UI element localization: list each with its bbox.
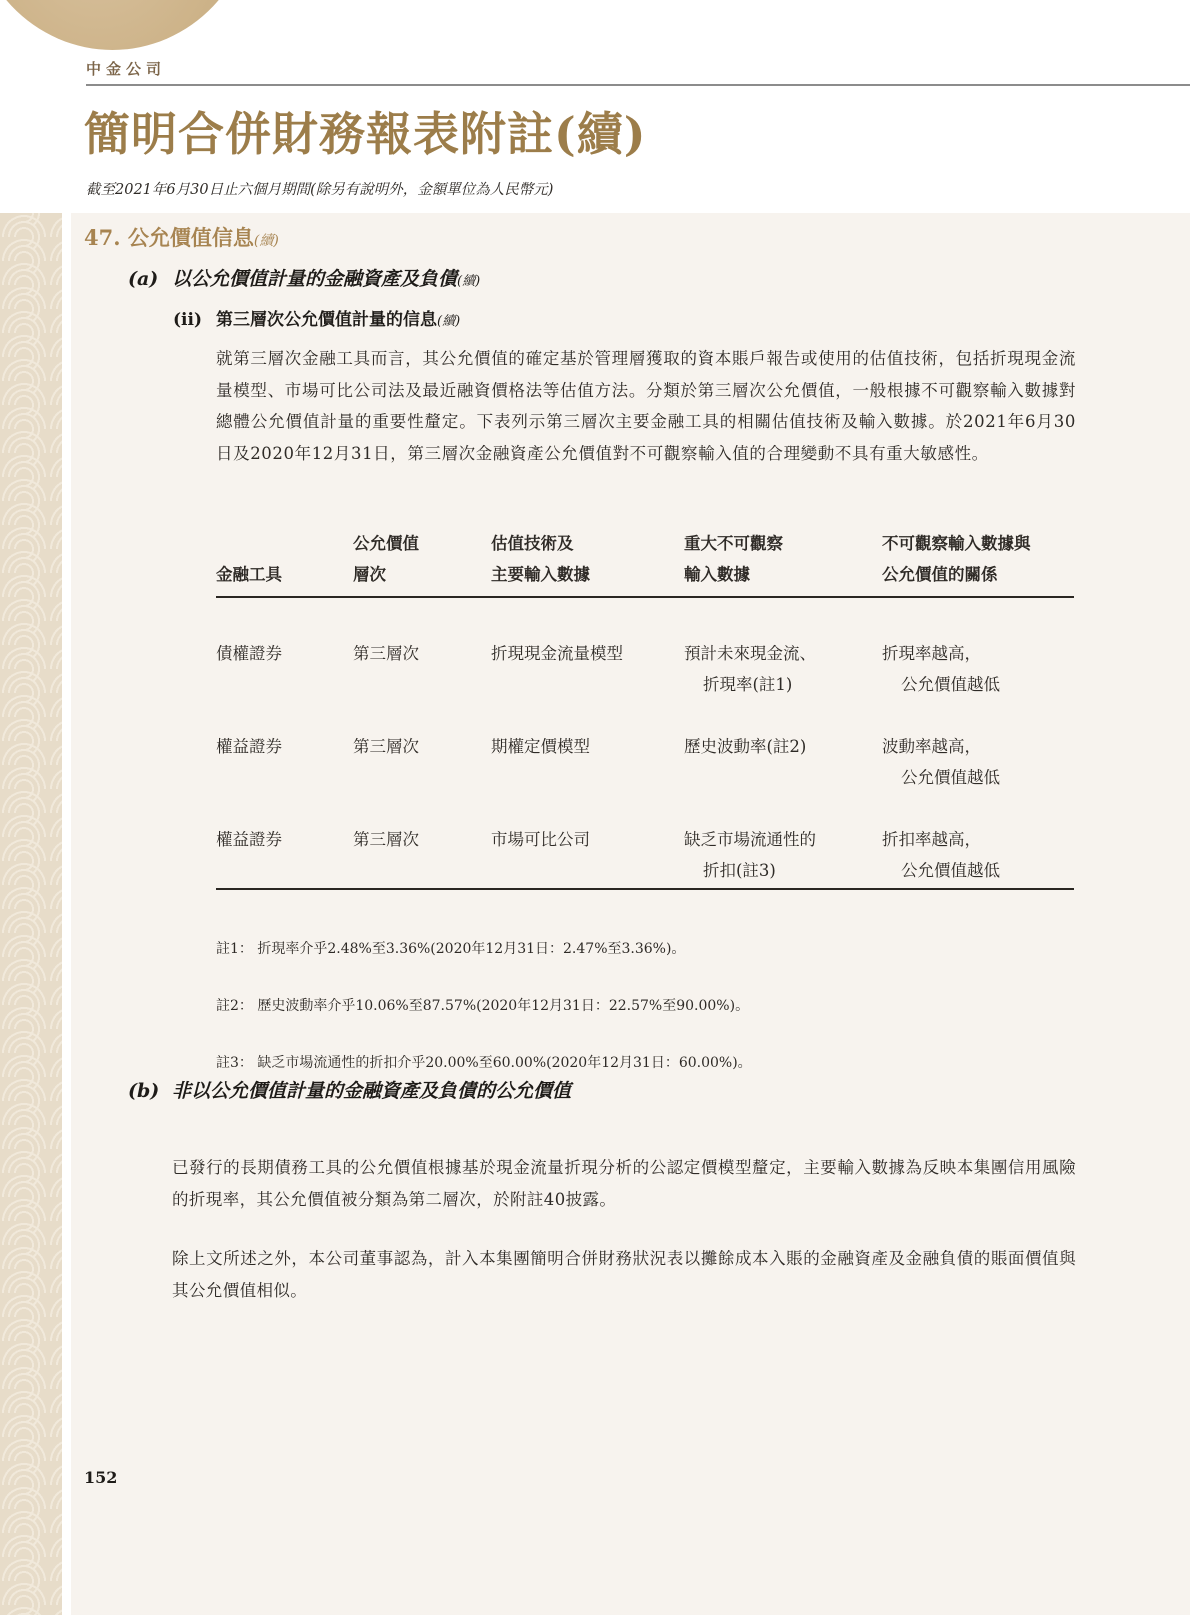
column-header-level: 公允價值層次	[353, 528, 491, 597]
section-title: 47. 公允價值信息	[84, 225, 254, 250]
column-header-instrument: 金融工具	[216, 528, 353, 597]
cell-relationship: 折現率越高，公允價值越低	[882, 597, 1074, 700]
intro-paragraph: 就第三層次金融工具而言，其公允價值的確定基於管理層獲取的資本賬戶報告或使用的估值…	[216, 343, 1076, 469]
column-header-relationship: 不可觀察輸入數據與公允價值的關係	[882, 528, 1074, 597]
company-brand: 中金公司	[86, 58, 166, 79]
subsection-title: 非以公允價值計量的金融資產及負債的公允價值	[172, 1080, 571, 1102]
subsection-label: (a)	[128, 268, 172, 290]
cell-instrument: 權益證券	[216, 793, 353, 889]
footnote-3: 註3： 缺乏市場流通性的折扣介乎20.00%至60.00%(2020年12月31…	[216, 1052, 752, 1072]
table-row: 權益證券 第三層次 市場可比公司 缺乏市場流通性的折扣(註3) 折扣率越高，公允…	[216, 793, 1074, 889]
cell-input: 缺乏市場流通性的折扣(註3)	[684, 793, 882, 889]
paragraph-b-2: 除上文所述之外，本公司董事認為，計入本集團簡明合併財務狀況表以攤餘成本入賬的金融…	[172, 1243, 1076, 1306]
subsection-a-heading: (a)以公允價值計量的金融資產及負債(續)	[128, 264, 480, 291]
cell-relationship: 波動率越高，公允價值越低	[882, 700, 1074, 793]
subsection-label: (b)	[128, 1080, 172, 1102]
page-title: 簡明合併財務報表附註(續)	[84, 104, 647, 164]
cell-technique: 折現現金流量模型	[491, 597, 684, 700]
table-row: 權益證券 第三層次 期權定價模型 歷史波動率(註2) 波動率越高，公允價值越低	[216, 700, 1074, 793]
cell-level: 第三層次	[353, 700, 491, 793]
subsection-ii-heading: (ii)第三層次公允價值計量的信息(續)	[173, 305, 460, 330]
cell-technique: 市場可比公司	[491, 793, 684, 889]
cell-input: 歷史波動率(註2)	[684, 700, 882, 793]
column-header-technique: 估值技術及主要輸入數據	[491, 528, 684, 597]
cell-instrument: 權益證券	[216, 700, 353, 793]
paragraph-b-1: 已發行的長期債務工具的公允價值根據基於現金流量折現分析的公認定價模型釐定，主要輸…	[172, 1152, 1076, 1215]
footnote-1: 註1： 折現率介乎2.48%至3.36%(2020年12月31日：2.47%至3…	[216, 938, 685, 958]
subsection-title: 第三層次公允價值計量的信息	[216, 310, 437, 330]
table-header-row: 金融工具 公允價值層次 估值技術及主要輸入數據 重大不可觀察輸入數據 不可觀察輸…	[216, 528, 1074, 597]
cell-relationship: 折扣率越高，公允價值越低	[882, 793, 1074, 889]
page-subtitle: 截至2021年6月30日止六個月期間(除另有說明外，金額單位為人民幣元)	[86, 178, 553, 199]
footnote-2: 註2： 歷史波動率介乎10.06%至87.57%(2020年12月31日：22.…	[216, 995, 749, 1015]
continued-mark: (續)	[457, 274, 480, 289]
wave-pattern-sidebar	[0, 213, 62, 1615]
cell-technique: 期權定價模型	[491, 700, 684, 793]
header-divider	[86, 84, 1190, 86]
table-row: 債權證券 第三層次 折現現金流量模型 預計未來現金流、折現率(註1) 折現率越高…	[216, 597, 1074, 700]
section-heading: 47. 公允價值信息(續)	[84, 222, 279, 252]
column-header-unobservable-input: 重大不可觀察輸入數據	[684, 528, 882, 597]
cell-input: 預計未來現金流、折現率(註1)	[684, 597, 882, 700]
subsection-title: 以公允價值計量的金融資產及負債	[172, 268, 457, 290]
page-number: 152	[84, 1468, 117, 1487]
subsection-b-heading: (b)非以公允價值計量的金融資產及負債的公允價值	[128, 1076, 571, 1103]
gold-medallion-decoration	[0, 0, 255, 50]
cell-instrument: 債權證券	[216, 597, 353, 700]
subsection-label: (ii)	[173, 310, 216, 330]
continued-mark: (續)	[437, 314, 460, 329]
continued-mark: (續)	[254, 233, 279, 249]
cell-level: 第三層次	[353, 793, 491, 889]
valuation-table: 金融工具 公允價值層次 估值技術及主要輸入數據 重大不可觀察輸入數據 不可觀察輸…	[216, 528, 1074, 890]
cell-level: 第三層次	[353, 597, 491, 700]
